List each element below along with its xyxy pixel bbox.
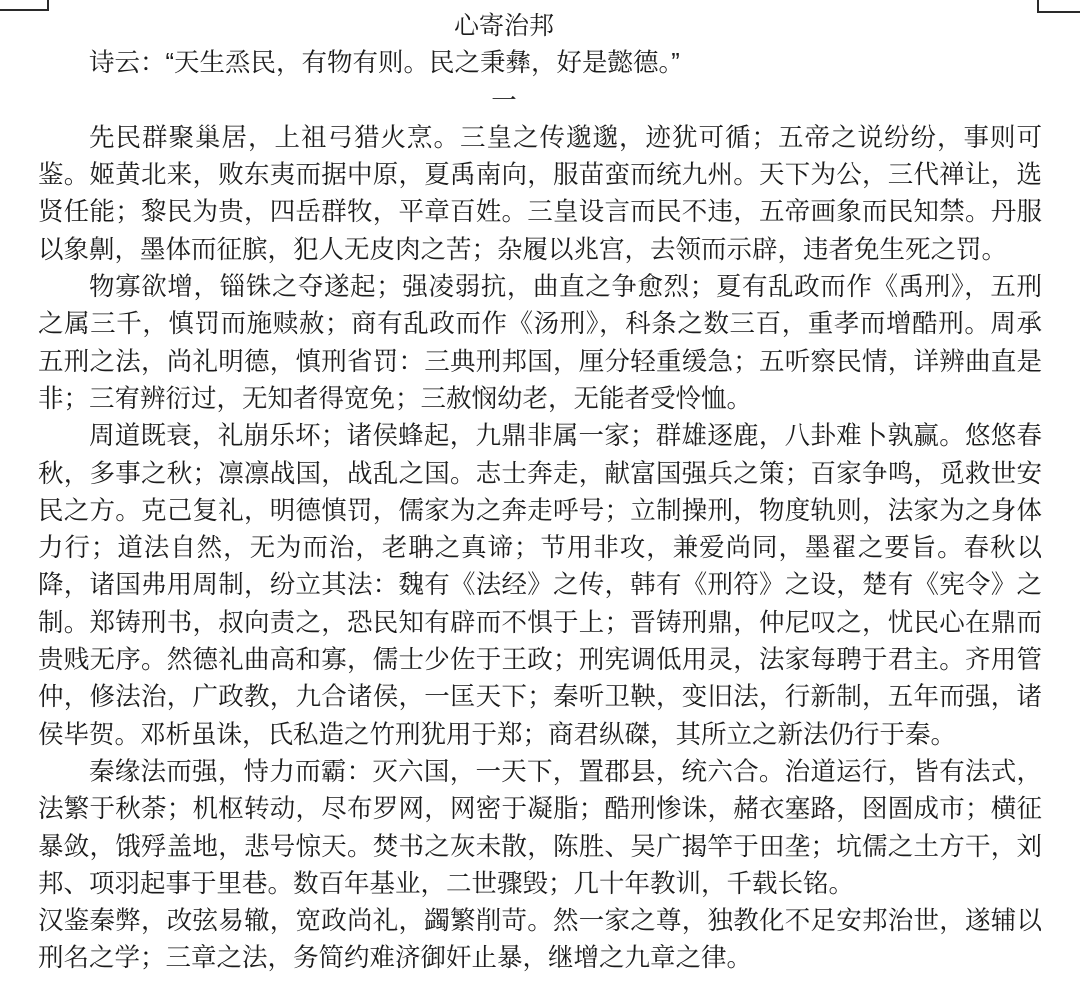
essay-title: 心寄治邦 <box>38 8 1042 45</box>
corner-crop-mark-left <box>0 0 49 11</box>
opening-quote: 诗云：“天生烝民，有物有则。民之秉彝，好是懿德。” <box>38 45 1042 82</box>
paragraph-1: 先民群聚巢居，上祖弓猎火烹。三皇之传邈邈，迹犹可循；五帝之说纷纷，事则可鉴。姬黄… <box>38 120 1042 269</box>
document-body: 心寄治邦 诗云：“天生烝民，有物有则。民之秉彝，好是懿德。” 一 先民群聚巢居，… <box>0 0 1080 978</box>
paragraph-4: 秦缘法而强，恃力而霸：灭六国，一天下，置郡县，统六合。治道运行，皆有法式，法繁于… <box>38 754 1042 903</box>
paragraph-2: 物寡欲增，锱铢之夺遂起；强凌弱抗，曲直之争愈烈；夏有乱政而作《禹刑》，五刑之属三… <box>38 269 1042 418</box>
paragraph-3: 周道既衰，礼崩乐坏；诸侯蜂起，九鼎非属一家；群雄逐鹿，八卦难卜孰赢。悠悠春秋，多… <box>38 418 1042 754</box>
section-number: 一 <box>38 83 1042 120</box>
corner-crop-mark-right <box>1037 0 1080 13</box>
document-page: 心寄治邦 诗云：“天生烝民，有物有则。民之秉彝，好是懿德。” 一 先民群聚巢居，… <box>0 0 1080 985</box>
paragraph-5: 汉鉴秦弊，改弦易辙，宽政尚礼，蠲繁削苛。然一家之尊，独教化不足安邦治世，遂辅以刑… <box>38 903 1042 978</box>
